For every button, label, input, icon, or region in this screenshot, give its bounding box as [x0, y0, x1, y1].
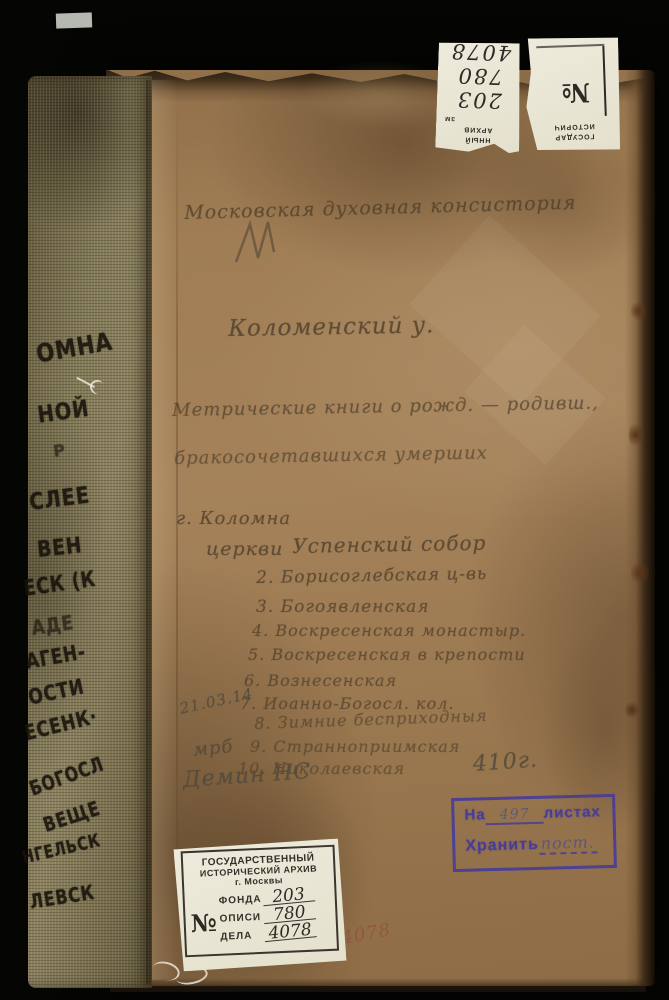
rust-spot: [631, 300, 647, 322]
inscription-churches-label: церкви: [206, 538, 283, 560]
storage-stamp: На 497 листах Хранить пост.: [451, 794, 617, 872]
top-label-piece-right: ГОСУДАР ИСТОРИЧ №: [524, 35, 622, 152]
gray-tab: [56, 12, 93, 28]
spine-text-fragment: Р: [52, 440, 67, 461]
spine-text-fragment: ВЕН: [36, 533, 84, 563]
rust-spot: [629, 420, 643, 450]
label-box-rule: [536, 44, 604, 48]
inscription-city: г. Коломна: [176, 508, 291, 529]
top-label-piece-left: ННЫЙ АРХИВ ЗМ 203 780 4078: [435, 41, 523, 154]
stamp-na: На: [464, 806, 486, 824]
pencil-year: 410г.: [472, 747, 539, 776]
delo-value: 4078: [264, 922, 317, 942]
label-no-symbol: №: [561, 76, 590, 107]
church-item: 5. Воскресенская в крепости: [248, 645, 526, 664]
church-item: Успенский собор: [292, 531, 486, 558]
label-inner-box: ГОСУДАРСТВЕННЫЙ ИСТОРИЧЕСКИЙ АРХИВ г. Мо…: [181, 845, 339, 958]
inscription-uyezd: Коломенский у.: [228, 312, 435, 342]
delo-label: ДЕЛА: [220, 930, 264, 943]
stain: [300, 60, 460, 130]
archive-book-photo: ОМНА НОЙ Р СЛЕЕ ВЕН ЕСК (К АДЕ АГЕН- ОСТ…: [0, 0, 669, 1000]
label-no-symbol: №: [190, 908, 217, 938]
pencil-note: мрб: [192, 736, 234, 761]
church-item: 9. Странноприимская: [250, 737, 460, 756]
pencil-scribble: [228, 218, 308, 266]
bottom-archive-label: ГОСУДАРСТВЕННЫЙ ИСТОРИЧЕСКИЙ АРХИВ г. Мо…: [173, 838, 346, 971]
church-item: 6. Вознесенская: [244, 671, 397, 690]
delo-row: ДЕЛА 4078: [220, 923, 333, 943]
stamp-sheets-value: 497: [485, 806, 543, 826]
church-item: 4. Воскресенская монастыр.: [252, 621, 526, 640]
stamp-hranit: Хранить: [465, 836, 539, 856]
label-delo-number: 4078: [438, 39, 523, 66]
church-item: 2. Борисоглебская ц-вь: [256, 564, 487, 588]
label-opis-number: 780: [437, 63, 522, 90]
church-item: 3. Богоявленская: [256, 597, 429, 617]
stamp-term-value: пост.: [539, 832, 598, 855]
rust-spot: [631, 560, 649, 586]
label-box-rule: [602, 46, 606, 116]
label-print-text: ГОСУДАР: [527, 129, 622, 152]
fond-label: ФОНДА: [219, 894, 263, 907]
stamp-listah: листах: [543, 803, 601, 821]
opis-label: ОПИСИ: [219, 912, 263, 925]
label-fond-number: 203: [437, 87, 522, 114]
